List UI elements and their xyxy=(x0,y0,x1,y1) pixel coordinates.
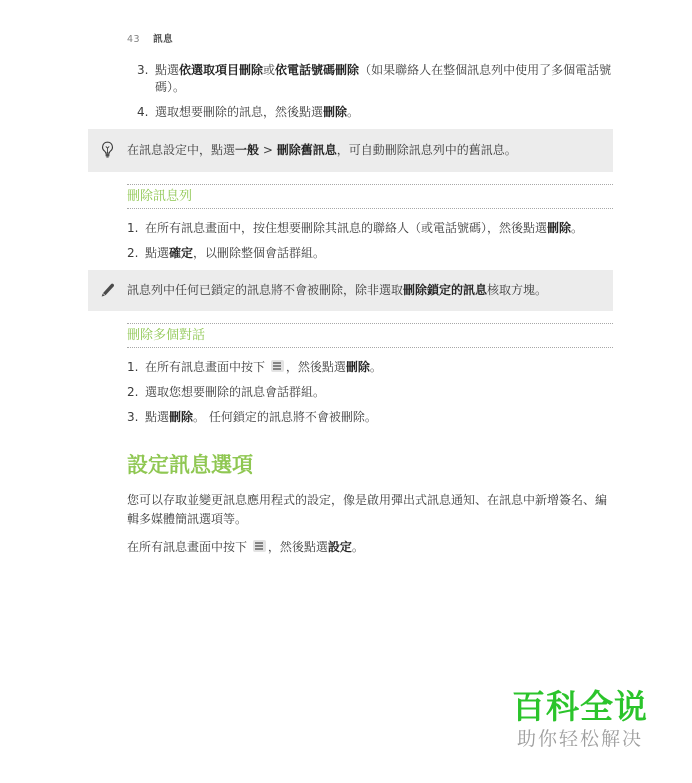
text-run: 。 xyxy=(347,105,359,119)
delete-thread-step-list: 1.在所有訊息畫面中，按住想要刪除其訊息的聯絡人（或電話號碼），然後點選刪除。2… xyxy=(127,220,613,262)
list-item: 3.點選刪除。 任何鎖定的訊息將不會被刪除。 xyxy=(127,409,613,426)
pencil-icon xyxy=(88,281,127,300)
step-number: 4. xyxy=(137,104,155,121)
list-item: 4.選取想要刪除的訊息，然後點選刪除。 xyxy=(137,104,613,121)
emphasized-text: 刪除 xyxy=(346,360,370,374)
note-box: 訊息列中任何已鎖定的訊息將不會被刪除，除非選取刪除鎖定的訊息核取方塊。 xyxy=(88,270,613,311)
step-number: 1. xyxy=(127,359,145,376)
section-heading-delete-multiple: 刪除多個對話 xyxy=(127,323,613,348)
watermark: 百科全说 助你轻松解决 xyxy=(500,690,660,749)
list-item: 2.點選確定，以刪除整個會話群組。 xyxy=(127,245,613,262)
step-number: 3. xyxy=(137,62,155,96)
text-run: 選取想要刪除的訊息，然後點選 xyxy=(155,105,323,119)
text-run: 在所有訊息畫面中，按住想要刪除其訊息的聯絡人（或電話號碼），然後點選 xyxy=(145,221,547,235)
text-run: ，以刪除整個會話群組。 xyxy=(193,246,325,260)
text-run: 您可以存取並變更訊息應用程式的設定，像是啟用彈出式訊息通知、在訊息中新增簽名、編… xyxy=(127,493,607,526)
text-run: 。 xyxy=(352,540,364,554)
step-text: 點選依選取項目刪除或依電話號碼刪除（如果聯絡人在整個訊息列中使用了多個電話號碼）… xyxy=(155,62,613,96)
menu-icon xyxy=(271,360,284,372)
tip-box: 在訊息設定中，點選一般 > 刪除舊訊息，可自動刪除訊息列中的舊訊息。 xyxy=(88,129,613,172)
list-item: 3.點選依選取項目刪除或依電話號碼刪除（如果聯絡人在整個訊息列中使用了多個電話號… xyxy=(137,62,613,96)
text-run: 訊息列中任何已鎖定的訊息將不會被刪除，除非選取 xyxy=(127,283,403,297)
text-run: 在所有訊息畫面中按下 xyxy=(127,540,251,554)
emphasized-text: 刪除舊訊息 xyxy=(277,143,337,157)
text-run: ，然後點選 xyxy=(286,360,346,374)
emphasized-text: 一般 xyxy=(235,143,259,157)
step-text: 點選刪除。 任何鎖定的訊息將不會被刪除。 xyxy=(145,409,613,426)
list-item: 1.在所有訊息畫面中按下 ，然後點選刪除。 xyxy=(127,359,613,376)
text-run: 點選 xyxy=(145,410,169,424)
watermark-title: 百科全说 xyxy=(500,690,660,724)
step-number: 1. xyxy=(127,220,145,237)
text-run: > xyxy=(259,143,277,157)
manual-page: 43訊息 3.點選依選取項目刪除或依電話號碼刪除（如果聯絡人在整個訊息列中使用了… xyxy=(0,0,692,783)
tip-text: 在訊息設定中，點選一般 > 刪除舊訊息，可自動刪除訊息列中的舊訊息。 xyxy=(127,142,517,159)
page-header: 43訊息 xyxy=(127,31,173,45)
text-run: 核取方塊。 xyxy=(487,283,547,297)
emphasized-text: 設定 xyxy=(328,540,352,554)
menu-icon xyxy=(253,540,266,552)
step-text: 點選確定，以刪除整個會話群組。 xyxy=(145,245,613,262)
emphasized-text: 刪除 xyxy=(169,410,193,424)
list-item: 1.在所有訊息畫面中，按住想要刪除其訊息的聯絡人（或電話號碼），然後點選刪除。 xyxy=(127,220,613,237)
section-heading-delete-thread: 刪除訊息列 xyxy=(127,184,613,209)
page-content: 3.點選依選取項目刪除或依電話號碼刪除（如果聯絡人在整個訊息列中使用了多個電話號… xyxy=(88,55,613,566)
step-text: 選取想要刪除的訊息，然後點選刪除。 xyxy=(155,104,613,121)
note-text: 訊息列中任何已鎖定的訊息將不會被刪除，除非選取刪除鎖定的訊息核取方塊。 xyxy=(127,282,547,299)
text-run: 選取您想要刪除的訊息會話群組。 xyxy=(145,385,325,399)
chapter-title: 訊息 xyxy=(153,34,173,45)
step-text: 在所有訊息畫面中，按住想要刪除其訊息的聯絡人（或電話號碼），然後點選刪除。 xyxy=(145,220,613,237)
emphasized-text: 依選取項目刪除 xyxy=(179,63,263,77)
emphasized-text: 刪除鎖定的訊息 xyxy=(403,283,487,297)
step-number: 2. xyxy=(127,245,145,262)
intro-step-list: 3.點選依選取項目刪除或依電話號碼刪除（如果聯絡人在整個訊息列中使用了多個電話號… xyxy=(137,62,613,121)
text-run: ，然後點選 xyxy=(268,540,328,554)
text-run: ，可自動刪除訊息列中的舊訊息。 xyxy=(337,143,517,157)
delete-multiple-step-list: 1.在所有訊息畫面中按下 ，然後點選刪除。2.選取您想要刪除的訊息會話群組。3.… xyxy=(127,359,613,426)
emphasized-text: 刪除 xyxy=(547,221,571,235)
step-number: 3. xyxy=(127,409,145,426)
list-item: 2.選取您想要刪除的訊息會話群組。 xyxy=(127,384,613,401)
settings-instruction: 在所有訊息畫面中按下 ，然後點選設定。 xyxy=(127,538,614,557)
text-run: 或 xyxy=(263,63,275,77)
text-run: 點選 xyxy=(145,246,169,260)
lightbulb-icon xyxy=(88,140,127,161)
text-run: 。 任何鎖定的訊息將不會被刪除。 xyxy=(193,410,377,424)
step-text: 選取您想要刪除的訊息會話群組。 xyxy=(145,384,613,401)
text-run: 。 xyxy=(571,221,583,235)
step-number: 2. xyxy=(127,384,145,401)
text-run: 在所有訊息畫面中按下 xyxy=(145,360,269,374)
emphasized-text: 刪除 xyxy=(323,105,347,119)
emphasized-text: 依電話號碼刪除 xyxy=(275,63,359,77)
emphasized-text: 確定 xyxy=(169,246,193,260)
text-run: 在訊息設定中，點選 xyxy=(127,143,235,157)
watermark-subtitle: 助你轻松解决 xyxy=(500,729,660,749)
settings-paragraph: 您可以存取並變更訊息應用程式的設定，像是啟用彈出式訊息通知、在訊息中新增簽名、編… xyxy=(127,491,614,529)
text-run: 。 xyxy=(370,360,382,374)
page-number: 43 xyxy=(127,34,140,45)
step-text: 在所有訊息畫面中按下 ，然後點選刪除。 xyxy=(145,359,613,376)
main-heading: 設定訊息選項 xyxy=(127,452,613,478)
text-run: 點選 xyxy=(155,63,179,77)
